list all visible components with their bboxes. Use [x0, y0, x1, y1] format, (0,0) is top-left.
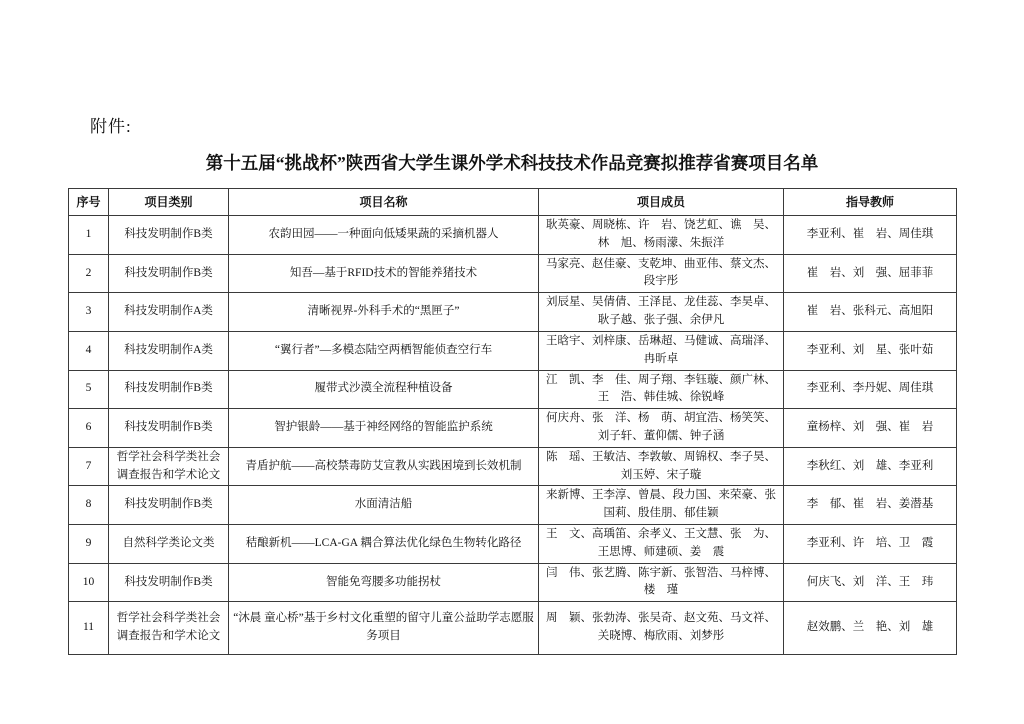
cell-members: 江 凯、李 佳、周子翔、李钰璇、颜广林、王 浩、韩佳城、徐锐峰 — [539, 370, 784, 409]
projects-table: 序号 项目类别 项目名称 项目成员 指导教师 1 科技发明制作B类 农韵田园——… — [68, 188, 957, 655]
cell-members: 周 颖、张勃涛、张吴奇、赵文苑、马文祥、关晓博、梅欣雨、刘梦彤 — [539, 602, 784, 655]
cell-members: 陈 瑶、王敏洁、李敦敏、周锦权、李子昊、刘玉婷、宋子璇 — [539, 447, 784, 486]
cell-teachers: 李亚利、许 培、卫 霞 — [784, 525, 957, 564]
cell-category: 哲学社会科学类社会调查报告和学术论文 — [109, 447, 229, 486]
cell-serial: 7 — [69, 447, 109, 486]
table-row: 5 科技发明制作B类 履带式沙漠全流程种植设备 江 凯、李 佳、周子翔、李钰璇、… — [69, 370, 957, 409]
cell-members: 王 文、高瑀笛、余孝义、王文慧、张 为、王思博、师建硕、姜 震 — [539, 525, 784, 564]
cell-category: 科技发明制作B类 — [109, 370, 229, 409]
cell-members: 刘辰星、吴倩倩、王泽昆、龙佳蕊、李昊卓、耿子越、张子强、余伊凡 — [539, 293, 784, 332]
cell-members: 来新博、王李淳、曾晨、段力国、来荣豪、张国莉、殷佳朋、郁佳颖 — [539, 486, 784, 525]
cell-project-name: 清晰视界-外科手术的“黑匣子” — [229, 293, 539, 332]
cell-project-name: 履带式沙漠全流程种植设备 — [229, 370, 539, 409]
cell-serial: 5 — [69, 370, 109, 409]
cell-serial: 3 — [69, 293, 109, 332]
cell-project-name: 水面清洁船 — [229, 486, 539, 525]
cell-members: 耿英豪、周晓栋、许 岩、饶艺虹、谯 吴、林 旭、杨雨濛、朱振洋 — [539, 216, 784, 255]
cell-serial: 11 — [69, 602, 109, 655]
cell-project-name: 青盾护航——高校禁毒防艾宣教从实践困境到长效机制 — [229, 447, 539, 486]
cell-teachers: 李亚利、崔 岩、周佳琪 — [784, 216, 957, 255]
cell-teachers: 崔 岩、张科元、高旭阳 — [784, 293, 957, 332]
cell-category: 科技发明制作A类 — [109, 331, 229, 370]
table-row: 10 科技发明制作B类 智能免弯腰多功能拐杖 闫 伟、张艺腾、陈宇新、张智浩、马… — [69, 563, 957, 602]
cell-serial: 8 — [69, 486, 109, 525]
cell-category: 科技发明制作B类 — [109, 254, 229, 293]
cell-category: 科技发明制作A类 — [109, 293, 229, 332]
cell-teachers: 赵效鹏、兰 艳、刘 雄 — [784, 602, 957, 655]
cell-category: 科技发明制作B类 — [109, 409, 229, 448]
table-row: 9 自然科学类论文类 秸酿新机——LCA-GA 耦合算法优化绿色生物转化路径 王… — [69, 525, 957, 564]
table-row: 7 哲学社会科学类社会调查报告和学术论文 青盾护航——高校禁毒防艾宣教从实践困境… — [69, 447, 957, 486]
cell-project-name: 智护银龄——基于神经网络的智能监护系统 — [229, 409, 539, 448]
cell-teachers: 崔 岩、刘 强、屈菲菲 — [784, 254, 957, 293]
col-header-teachers: 指导教师 — [784, 189, 957, 216]
cell-serial: 6 — [69, 409, 109, 448]
cell-teachers: 何庆飞、刘 洋、王 玮 — [784, 563, 957, 602]
col-header-serial: 序号 — [69, 189, 109, 216]
attachment-label: 附件: — [90, 112, 132, 137]
document-page: 附件: 第十五届“挑战杯”陕西省大学生课外学术科技技术作品竞赛拟推荐省赛项目名单… — [0, 0, 1024, 724]
cell-teachers: 李亚利、刘 星、张叶茹 — [784, 331, 957, 370]
table-row: 2 科技发明制作B类 知吾—基于RFID技术的智能养猪技术 马家亮、赵佳豪、支乾… — [69, 254, 957, 293]
table-row: 4 科技发明制作A类 “翼行者”—多模态陆空两栖智能侦查空行车 王晗宇、刘梓康、… — [69, 331, 957, 370]
cell-project-name: 知吾—基于RFID技术的智能养猪技术 — [229, 254, 539, 293]
cell-serial: 4 — [69, 331, 109, 370]
cell-teachers: 童杨梓、刘 强、崔 岩 — [784, 409, 957, 448]
table-row: 6 科技发明制作B类 智护银龄——基于神经网络的智能监护系统 何庆舟、张 洋、杨… — [69, 409, 957, 448]
cell-serial: 1 — [69, 216, 109, 255]
cell-teachers: 李秋红、刘 雄、李亚利 — [784, 447, 957, 486]
table-row: 1 科技发明制作B类 农韵田园——一种面向低矮果蔬的采摘机器人 耿英豪、周晓栋、… — [69, 216, 957, 255]
cell-category: 科技发明制作B类 — [109, 486, 229, 525]
cell-members: 何庆舟、张 洋、杨 萌、胡宜浩、杨笑笑、刘子轩、董仰儒、钟子涵 — [539, 409, 784, 448]
cell-members: 王晗宇、刘梓康、岳琳超、马健诚、高瑞泽、冉昕卓 — [539, 331, 784, 370]
cell-project-name: “沐晨 童心桥”基于乡村文化重塑的留守儿童公益助学志愿服务项目 — [229, 602, 539, 655]
table-row: 11 哲学社会科学类社会调查报告和学术论文 “沐晨 童心桥”基于乡村文化重塑的留… — [69, 602, 957, 655]
cell-project-name: “翼行者”—多模态陆空两栖智能侦查空行车 — [229, 331, 539, 370]
cell-members: 马家亮、赵佳豪、支乾坤、曲亚伟、蔡文杰、段宇彤 — [539, 254, 784, 293]
cell-serial: 9 — [69, 525, 109, 564]
cell-category: 哲学社会科学类社会调查报告和学术论文 — [109, 602, 229, 655]
cell-project-name: 智能免弯腰多功能拐杖 — [229, 563, 539, 602]
cell-category: 自然科学类论文类 — [109, 525, 229, 564]
cell-serial: 10 — [69, 563, 109, 602]
cell-teachers: 李 郁、崔 岩、姜潜基 — [784, 486, 957, 525]
cell-project-name: 农韵田园——一种面向低矮果蔬的采摘机器人 — [229, 216, 539, 255]
table-row: 3 科技发明制作A类 清晰视界-外科手术的“黑匣子” 刘辰星、吴倩倩、王泽昆、龙… — [69, 293, 957, 332]
table-row: 8 科技发明制作B类 水面清洁船 来新博、王李淳、曾晨、段力国、来荣豪、张国莉、… — [69, 486, 957, 525]
col-header-category: 项目类别 — [109, 189, 229, 216]
table-header-row: 序号 项目类别 项目名称 项目成员 指导教师 — [69, 189, 957, 216]
col-header-members: 项目成员 — [539, 189, 784, 216]
cell-members: 闫 伟、张艺腾、陈宇新、张智浩、马梓博、楼 瑾 — [539, 563, 784, 602]
cell-category: 科技发明制作B类 — [109, 563, 229, 602]
cell-project-name: 秸酿新机——LCA-GA 耦合算法优化绿色生物转化路径 — [229, 525, 539, 564]
page-title: 第十五届“挑战杯”陕西省大学生课外学术科技技术作品竞赛拟推荐省赛项目名单 — [0, 150, 1024, 175]
col-header-project-name: 项目名称 — [229, 189, 539, 216]
cell-teachers: 李亚利、李丹妮、周佳琪 — [784, 370, 957, 409]
cell-serial: 2 — [69, 254, 109, 293]
cell-category: 科技发明制作B类 — [109, 216, 229, 255]
